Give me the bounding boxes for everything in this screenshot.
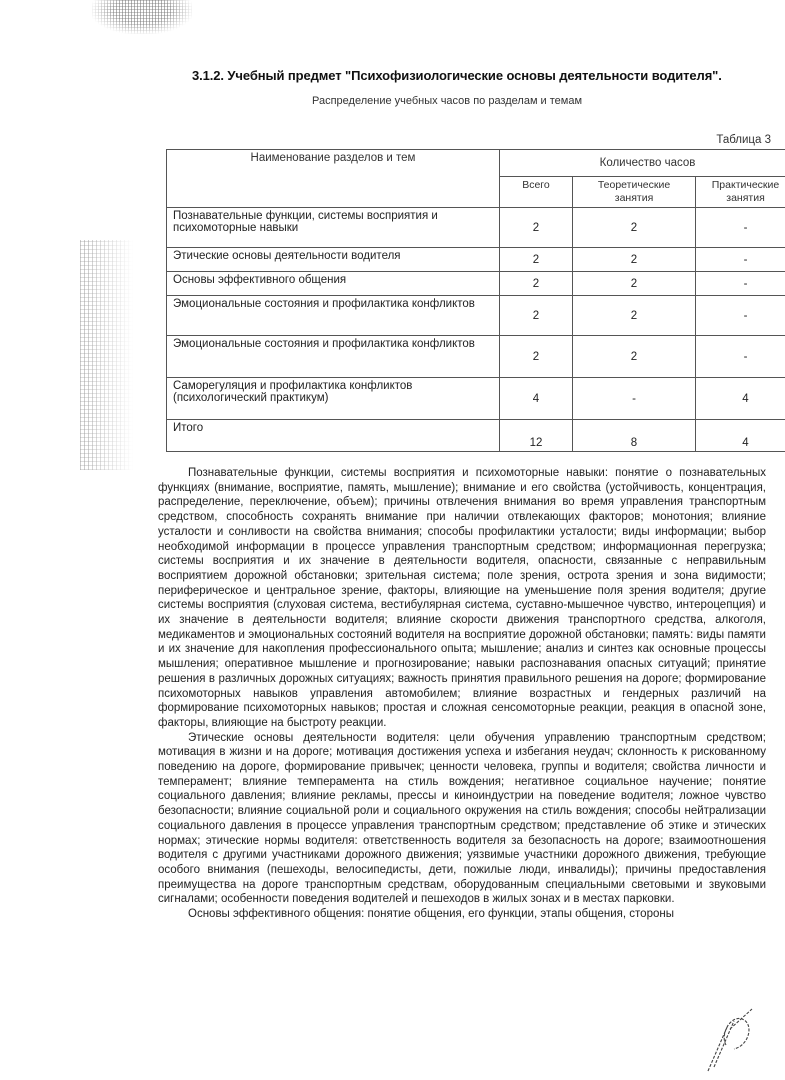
- table-number-label: Таблица 3: [716, 134, 771, 146]
- total-practice: 4: [696, 420, 785, 452]
- row-theory: 2: [573, 272, 696, 296]
- total-label: Итого: [167, 420, 500, 452]
- table-row: Саморегуляция и профилактика конфликтов …: [167, 378, 785, 420]
- row-theory: 2: [573, 296, 696, 336]
- row-total: 2: [500, 336, 573, 378]
- table-row: Познавательные функции, системы восприят…: [167, 208, 785, 248]
- scan-noise-left: [80, 240, 140, 470]
- row-practice: 4: [696, 378, 785, 420]
- column-header-total: Всего: [500, 177, 573, 208]
- table-row: Основы эффективного общения 2 2 -: [167, 272, 785, 296]
- row-topic: Познавательные функции, системы восприят…: [167, 208, 500, 248]
- table-row: Эмоциональные состояния и профилактика к…: [167, 296, 785, 336]
- table-caption: Распределение учебных часов по разделам …: [312, 95, 582, 107]
- signature-icon: [700, 1005, 760, 1075]
- paragraph-ethical-foundations: Этические основы деятельности водителя: …: [158, 731, 766, 907]
- total-theory: 8: [573, 420, 696, 452]
- paragraph-effective-communication: Основы эффективного общения: понятие общ…: [158, 907, 766, 922]
- table-row: Этические основы деятельности водителя 2…: [167, 248, 785, 272]
- row-theory: -: [573, 378, 696, 420]
- row-topic: Эмоциональные состояния и профилактика к…: [167, 336, 500, 378]
- column-header-hours: Количество часов: [500, 150, 785, 177]
- total-hours: 12: [500, 420, 573, 452]
- row-total: 2: [500, 272, 573, 296]
- row-theory: 2: [573, 208, 696, 248]
- row-topic: Эмоциональные состояния и профилактика к…: [167, 296, 500, 336]
- row-practice: -: [696, 248, 785, 272]
- paragraph-cognitive-functions: Познавательные функции, системы восприят…: [158, 466, 766, 731]
- row-total: 4: [500, 378, 573, 420]
- row-practice: -: [696, 208, 785, 248]
- column-header-practice: Практические занятия: [696, 177, 785, 208]
- body-text: Познавательные функции, системы восприят…: [158, 466, 766, 922]
- row-total: 2: [500, 208, 573, 248]
- hours-distribution-table: Наименование разделов и тем Количество ч…: [166, 149, 785, 452]
- table-row: Эмоциональные состояния и профилактика к…: [167, 336, 785, 378]
- column-header-name: Наименование разделов и тем: [167, 150, 500, 208]
- table-header-row: Наименование разделов и тем Количество ч…: [167, 150, 785, 177]
- row-practice: -: [696, 336, 785, 378]
- scan-noise-top: [92, 0, 192, 34]
- table-total-row: Итого 12 8 4: [167, 420, 785, 452]
- row-topic: Саморегуляция и профилактика конфликтов …: [167, 378, 500, 420]
- row-theory: 2: [573, 336, 696, 378]
- column-header-theory: Теоретические занятия: [573, 177, 696, 208]
- row-practice: -: [696, 272, 785, 296]
- row-total: 2: [500, 248, 573, 272]
- row-practice: -: [696, 296, 785, 336]
- section-heading: 3.1.2. Учебный предмет "Психофизиологиче…: [192, 68, 722, 83]
- row-topic: Этические основы деятельности водителя: [167, 248, 500, 272]
- row-theory: 2: [573, 248, 696, 272]
- row-total: 2: [500, 296, 573, 336]
- row-topic: Основы эффективного общения: [167, 272, 500, 296]
